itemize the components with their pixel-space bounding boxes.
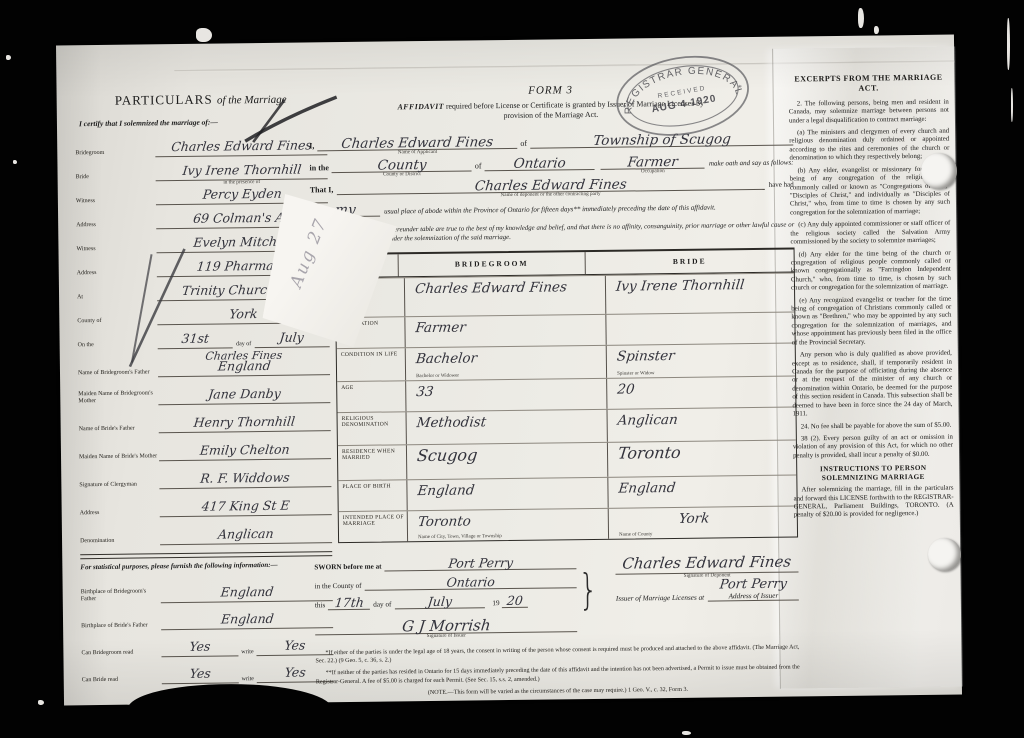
particulars-title-main: PARTICULARS	[115, 92, 213, 108]
handwritten-value: 417 King St E	[201, 500, 290, 514]
printed-label: That I,	[310, 185, 334, 195]
printed-label: this	[315, 601, 325, 610]
affidavit-panel: FORM 3 AFFIDAVIT required before License…	[309, 82, 800, 703]
bride-cell: Anglican	[607, 407, 795, 441]
field-line: 31st	[157, 329, 233, 349]
county-name-line: CountyCounty or District	[332, 159, 472, 174]
dust-speck	[6, 55, 11, 60]
sworn-month-value: July	[394, 595, 484, 609]
handwritten-value: Charles Edward Fines	[170, 139, 312, 153]
handwritten-value: Yes	[189, 668, 211, 681]
handwritten-value: July	[427, 595, 453, 608]
cell-subcaption: Bachelor or Widower	[416, 373, 459, 379]
field-label: Maiden Name of Bridegroom's Mother	[78, 391, 158, 407]
handwritten-value: Methodist	[416, 415, 487, 431]
field-label: Name of Bride's Father	[79, 425, 159, 434]
bride-cell: YorkName of County	[609, 506, 797, 538]
province-line: Ontario	[484, 157, 594, 171]
punch-hole-bottom	[928, 538, 961, 571]
marriage-act-excerpts: EXCERPTS FROM THE MARRIAGE ACT. 2. The f…	[788, 73, 953, 525]
handwritten-value: Anglican	[218, 528, 275, 541]
handwritten-value: Port Perry	[719, 576, 788, 592]
handwritten-value: 20	[506, 594, 523, 607]
field-label: Birthplace of Bridegroom's Father	[81, 588, 161, 604]
field-label: Witness	[76, 197, 156, 206]
row-label: Place of Birth	[338, 480, 407, 511]
dust-speck	[1007, 18, 1010, 70]
table-row-occupation: Occupation Farmer	[336, 311, 794, 348]
field-subcaption: Address of Issuer	[729, 591, 779, 600]
affidavit-heading-text-2: provision of the Marriage Act.	[504, 110, 599, 120]
printed-label: usual place of abode within the Province…	[384, 204, 716, 217]
field-line: Emily Chelton	[159, 440, 331, 461]
sworn-county-line: in the County of Ontario	[314, 569, 576, 591]
footnotes: *If either of the parties is under the l…	[315, 643, 800, 699]
dust-speck	[1011, 88, 1013, 122]
handwritten-value: 17th	[334, 596, 364, 609]
handwritten-value: York	[228, 308, 258, 321]
handwritten-value: England	[220, 586, 274, 599]
handwritten-value: England	[618, 481, 677, 497]
bride-cell: Toronto	[608, 440, 796, 476]
printed-label: of	[520, 139, 527, 149]
bride-cell: Ivy Irene Thornhill	[606, 273, 794, 313]
issuer-address-line: Issuer of Marriage Licenses at Port Perr…	[616, 580, 799, 602]
table-row-birthplace: Place of Birth England England	[338, 474, 796, 511]
handwritten-value: Ontario	[446, 576, 496, 589]
field-line: Anglican	[160, 524, 332, 545]
handwritten-value-2: England	[217, 360, 271, 373]
particulars-panel: PARTICULARS of the Marriage I certify th…	[74, 82, 333, 685]
field-label: Denomination	[80, 537, 160, 546]
field-label: Birthplace of Bride's Father	[81, 622, 161, 631]
field-label: Address	[80, 509, 160, 518]
sworn-left-column: SWORN before me at Port Perry in the Cou…	[314, 550, 577, 635]
table-row-intended-place: Intended Place of Marriage TorontoName o…	[339, 505, 797, 542]
field-subcaption: Signature of Issuer	[315, 631, 577, 640]
row-label: Religious Denomination	[338, 412, 407, 445]
handwritten-value: England	[417, 483, 476, 499]
particulars-title-sub: of the Marriage	[217, 94, 287, 107]
punch-hole-top	[921, 153, 957, 189]
dust-speck	[858, 8, 864, 28]
groom-cell: Farmer	[405, 314, 606, 346]
handwritten-value: Ontario	[513, 158, 567, 172]
handwritten-value: Charles Edward Fines	[414, 280, 567, 297]
dust-speck	[196, 28, 212, 42]
statistics-heading: For statistical purposes, please furnish…	[80, 560, 332, 571]
issuer-signature: G J MorrishSignature of Issuer	[315, 617, 577, 635]
groom-cell: Charles Edward Fines	[405, 275, 606, 315]
dust-speck	[38, 700, 44, 705]
excerpt-paragraph: (d) Any elder for the time being of the …	[791, 249, 952, 293]
handwritten-value: Toronto	[617, 443, 682, 461]
field-line: Charles FinesEngland	[158, 349, 330, 377]
brace-glyph: }	[578, 566, 598, 615]
field-subcaption: Occupation	[601, 168, 705, 175]
field-clergyman-address: Address 417 King St E	[79, 487, 331, 518]
field-label: Signature of Clergyman	[79, 481, 159, 490]
sworn-right-column: Charles Edward Fines Signature of Depone…	[597, 547, 799, 631]
microfilm-scan: { "left": { "title_main": "PARTICULARARS…	[0, 0, 1024, 738]
field-label: At	[77, 293, 157, 302]
handwritten-value: Henry Thornhill	[193, 416, 296, 430]
dust-speck	[13, 160, 17, 164]
cell-subcaption: Name of County	[619, 532, 652, 537]
field-line: Jane Danby	[158, 384, 330, 405]
column-bride: BRIDE	[586, 249, 794, 274]
field-groom-father-birthplace: Birthplace of Bridegroom's Father Englan…	[81, 574, 333, 604]
table-row-age: Age 33 20	[337, 375, 795, 412]
field-label: Can Bride read	[82, 676, 162, 685]
issuer-signature-line: G J MorrishSignature of Issuer	[315, 613, 577, 635]
dust-speck	[682, 731, 691, 735]
handwritten-value: July	[279, 331, 305, 344]
handwritten-value: 20	[616, 382, 635, 397]
handwritten-value: Yes	[284, 666, 306, 679]
field-groom-father: Name of Bridegroom's Father Charles Fine…	[78, 347, 330, 378]
sworn-place-value: Port Perry	[384, 556, 576, 571]
printed-label: 19	[492, 599, 499, 608]
marriage-affidavit-document: PARTICULARS of the Marriage I certify th…	[56, 35, 962, 706]
occupation-line: FarmerOccupation	[600, 156, 705, 170]
row-label: Residence when Married	[338, 445, 407, 480]
bride-cell: England	[608, 475, 796, 507]
field-line: England	[161, 582, 333, 603]
stamp-star-right: *	[737, 83, 742, 93]
groom-cell: 33	[406, 378, 607, 410]
printed-label: SWORN before me at	[314, 562, 381, 572]
handwritten-value: Scugog	[416, 446, 478, 464]
footnote-1: *If either of the parties is under the l…	[315, 643, 799, 667]
printed-label: make oath and say as follows:	[709, 159, 794, 169]
field-line: R. F. Widdows	[159, 468, 331, 489]
dust-speck	[874, 26, 879, 34]
bride-cell: 20	[607, 376, 795, 408]
excerpt-paragraph: Any person who is duly qualified as abov…	[792, 350, 953, 419]
row-label: Age	[337, 381, 406, 412]
field-bride-literacy: Can Bride read Yes write Yes	[81, 655, 333, 685]
field-label: Address	[76, 221, 156, 230]
field-line: England	[161, 609, 333, 630]
groom-cell: Methodist	[407, 409, 608, 443]
field-label: Bridegroom	[75, 149, 155, 158]
excerpts-title: EXCERPTS FROM THE MARRIAGE ACT.	[788, 73, 948, 96]
field-label: Maiden Name of Bride's Mother	[79, 453, 159, 462]
field-bride-father-birthplace: Birthplace of Bride's Father England	[81, 601, 333, 631]
handwritten-value: Ivy Irene Thornhill	[181, 164, 301, 178]
instructions-paragraph: After solemnizing the marriage, fill in …	[793, 485, 953, 521]
handwritten-value: 33	[415, 385, 434, 400]
excerpt-paragraph: (e) Any recognized evangelist or teacher…	[791, 295, 952, 347]
field-groom-mother: Maiden Name of Bridegroom's Mother Jane …	[78, 375, 330, 406]
handwritten-value: 69 Colman's Av	[193, 212, 292, 226]
table-row-name: Name Charles Edward Fines Ivy Irene Thor…	[336, 272, 794, 317]
handwritten-value: Percy Eyden	[202, 188, 282, 201]
field-line: Ivy Irene Thornhillin the presence of	[155, 160, 327, 181]
bride-cell: SpinsterSpinster or Widow	[607, 343, 795, 377]
particulars-title: PARTICULARS of the Marriage	[75, 90, 327, 109]
printed-label: in the County of	[315, 581, 362, 591]
field-line: Henry Thornhill	[159, 412, 331, 433]
excerpt-paragraph: 2. The following persons, being men and …	[789, 98, 949, 125]
applicant-name-line: Charles Edward FinesName of Applicant	[317, 136, 517, 151]
handwritten-value: Toronto	[417, 514, 472, 530]
field-groom-literacy: Can Bridegroom read Yes write Yes	[81, 628, 333, 658]
field-line: Charles Edward Fines	[155, 136, 327, 157]
field-line: Yes	[162, 664, 239, 684]
issuer-address-value: Port Perry Address of Issuer	[708, 576, 799, 601]
groom-cell: England	[407, 477, 608, 509]
field-mid-label: day of	[236, 341, 251, 348]
field-label: Witness	[76, 245, 156, 254]
printed-label: in the	[309, 163, 328, 173]
footnote-3: (NOTE.—This form will be varied as the c…	[316, 684, 800, 699]
table-row-residence: Residence when Married Scugog Toronto	[338, 439, 796, 480]
handwritten-value: Bachelor	[415, 351, 478, 367]
sworn-date-line: this 17th day of July 19 20	[315, 588, 577, 610]
printed-label: I,	[309, 142, 314, 152]
field-label: On the	[78, 341, 158, 350]
handwritten-value: R. F. Widdows	[200, 472, 291, 486]
field-bride: Bride Ivy Irene Thornhillin the presence…	[75, 155, 327, 182]
instructions-heading: INSTRUCTIONS TO PERSON SOLEMNIZING MARRI…	[793, 464, 953, 484]
field-line: Yes	[161, 637, 238, 657]
field-bride-father: Name of Bride's Father Henry Thornhill	[78, 403, 330, 434]
field-line: 417 King St E	[160, 496, 332, 517]
row-label: Intended Place of Marriage	[339, 511, 408, 542]
handwritten-value: Port Perry	[447, 557, 513, 570]
groom-cell: BachelorBachelor or Widower	[406, 345, 607, 379]
handwritten-value: Farmer	[415, 320, 467, 335]
row-label: Condition in Life	[337, 348, 406, 381]
printed-label: Issuer of Marriage Licenses at	[616, 593, 704, 602]
field-denomination: Denomination Anglican	[80, 515, 332, 546]
sworn-place-line: SWORN before me at Port Perry	[314, 550, 576, 572]
handwritten-signature: Charles Edward Fines	[622, 554, 792, 571]
field-mid-label: write	[241, 649, 253, 656]
handwritten-value: Ivy Irene Thornhill	[615, 278, 745, 294]
printed-label: of	[475, 162, 482, 172]
handwritten-value: York	[678, 511, 710, 526]
cell-subcaption: Name of City, Town, Village or Township	[418, 534, 502, 540]
sworn-section: SWORN before me at Port Perry in the Cou…	[314, 547, 799, 635]
marriage-table: 935 BRIDEGROOM BRIDE Name Charles Edward…	[335, 247, 799, 543]
handwritten-value: 31st	[181, 333, 210, 346]
cell-subcaption: Spinster or Widow	[617, 371, 655, 376]
field-label: Address	[77, 269, 157, 278]
bride-cell	[606, 312, 794, 344]
sworn-year-value: 20	[501, 594, 527, 607]
excerpt-paragraph: 24. No fee shall be payable for above th…	[793, 421, 953, 431]
pencil-annotation: Aug 27	[286, 215, 331, 290]
deponent-name-line: Charles Edward FinesName of deponent or …	[336, 177, 764, 195]
field-label: Bride	[76, 173, 156, 182]
footnote-2: **If neither of the parties has resided …	[316, 664, 800, 688]
groom-cell: TorontoName of City, Town, Village or To…	[408, 508, 609, 540]
handwritten-value: England	[220, 613, 274, 626]
field-bride-mother: Maiden Name of Bride's Mother Emily Chel…	[79, 431, 331, 462]
deponent-signature: Charles Edward Fines Signature of Depone…	[615, 553, 798, 574]
affidavit-word: AFFIDAVIT	[398, 102, 444, 112]
stamp-star-left: *	[622, 103, 627, 113]
handwritten-value: Spinster	[616, 349, 675, 365]
printed-label: day of	[373, 600, 391, 609]
field-mid-label: write	[242, 676, 254, 683]
handwritten-value: Yes	[189, 641, 211, 654]
table-row-condition: Condition in Life BachelorBachelor or Wi…	[337, 342, 795, 381]
certify-line: I certify that I solemnized the marriage…	[79, 116, 327, 128]
groom-cell: Scugog	[407, 442, 608, 478]
field-label: County of	[77, 317, 157, 326]
sworn-county-value: Ontario	[364, 575, 576, 591]
excerpt-paragraph: 38 (2). Every person guilty of an act or…	[793, 434, 953, 461]
handwritten-value: Emily Chelton	[199, 444, 290, 458]
handwritten-value: Anglican	[617, 413, 679, 429]
section-divider	[80, 551, 332, 559]
table-row-religion: Religious Denomination Methodist Anglica…	[337, 406, 795, 445]
field-label: Can Bridegroom read	[81, 649, 161, 658]
field-label: Name of Bridegroom's Father	[78, 369, 158, 378]
excerpt-paragraph: (c) Any duly appointed commissioner or s…	[790, 220, 950, 247]
handwritten-value: Jane Danby	[207, 388, 281, 401]
column-bridegroom: BRIDEGROOM	[399, 252, 586, 276]
field-clergyman-signature: Signature of Clergyman R. F. Widdows	[79, 459, 331, 490]
field-bridegroom: Bridegroom Charles Edward Fines	[75, 131, 327, 158]
sworn-day-value: 17th	[328, 596, 370, 610]
handwritten-value: Yes	[284, 639, 306, 652]
